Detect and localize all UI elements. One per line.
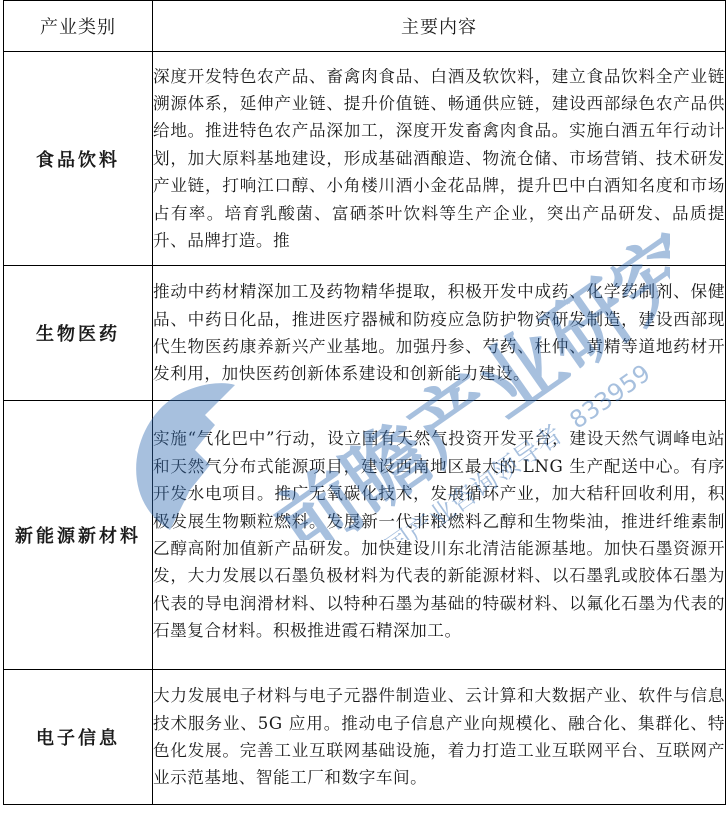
- category-cell: 新能源新材料: [4, 401, 153, 670]
- category-cell: 生物医药: [4, 266, 153, 401]
- category-cell: 电子信息: [4, 670, 153, 805]
- header-content: 主要内容: [153, 1, 726, 52]
- category-cell: 食品饮料: [4, 52, 153, 266]
- table-row: 食品饮料 深度开发特色农产品、畜禽肉食品、白酒及软饮料，建立食品饮料全产业链溯源…: [4, 52, 726, 266]
- table-header-row: 产业类别 主要内容: [4, 1, 726, 52]
- table-row: 生物医药 推动中药材精深加工及药物精华提取，积极开发中成药、化学药制剂、保健品、…: [4, 266, 726, 401]
- content-cell: 深度开发特色农产品、畜禽肉食品、白酒及软饮料，建立食品饮料全产业链溯源体系，延伸…: [153, 52, 726, 266]
- content-cell: 大力发展电子材料与电子元器件制造业、云计算和大数据产业、软件与信息技术服务业、5…: [153, 670, 726, 805]
- industry-content-table: 产业类别 主要内容 食品饮料 深度开发特色农产品、畜禽肉食品、白酒及软饮料，建立…: [3, 0, 726, 805]
- table-row: 电子信息 大力发展电子材料与电子元器件制造业、云计算和大数据产业、软件与信息技术…: [4, 670, 726, 805]
- content-cell: 实施“气化巴中”行动，设立国有天然气投资开发平台，建设天然气调峰电站和天然气分布…: [153, 401, 726, 670]
- header-category: 产业类别: [4, 1, 153, 52]
- content-cell: 推动中药材精深加工及药物精华提取，积极开发中成药、化学药制剂、保健品、中药日化品…: [153, 266, 726, 401]
- table-row: 新能源新材料 实施“气化巴中”行动，设立国有天然气投资开发平台，建设天然气调峰电…: [4, 401, 726, 670]
